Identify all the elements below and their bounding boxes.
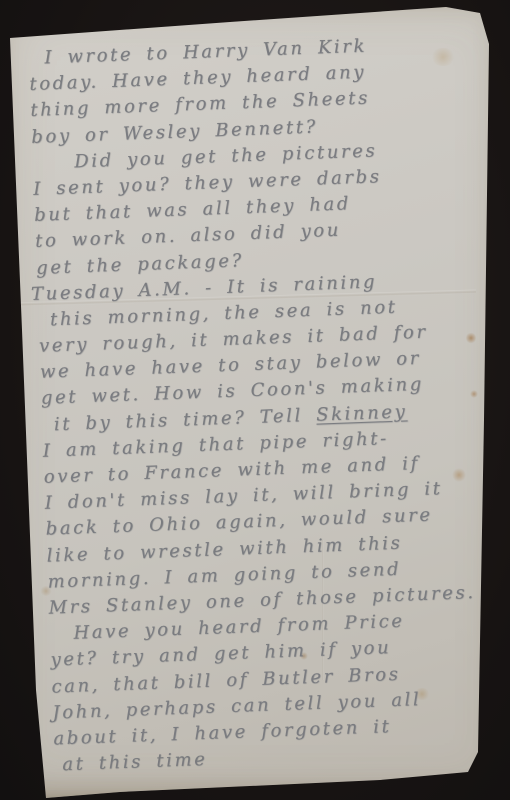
underlined-word: Skinney <box>316 401 408 425</box>
letter-paper: I wrote to Harry Van Kirk today. Have th… <box>0 0 510 800</box>
photo-background: I wrote to Harry Van Kirk today. Have th… <box>0 0 510 800</box>
letter-text: I wrote to Harry Van Kirk today. Have th… <box>28 29 507 778</box>
